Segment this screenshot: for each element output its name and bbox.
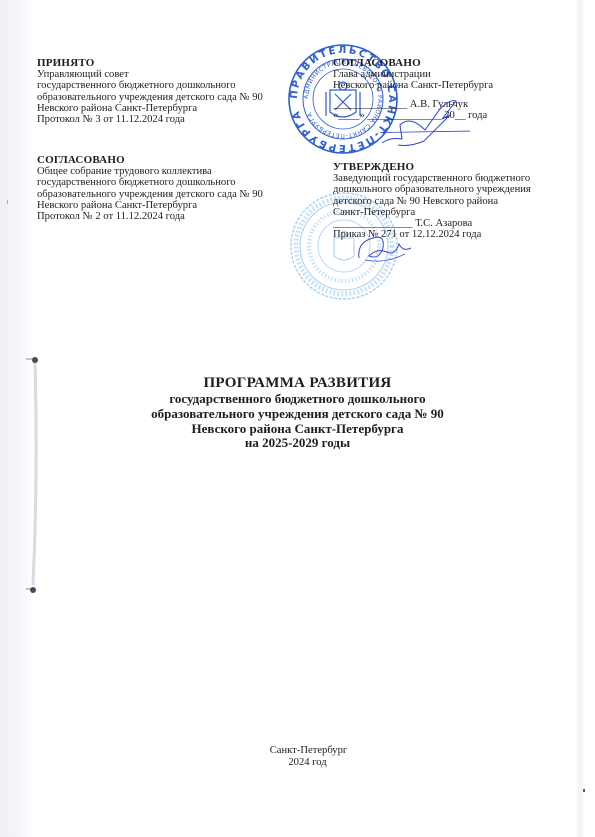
program-title: ПРОГРАММА РАЗВИТИЯ государственного бюдж… xyxy=(0,375,595,451)
accepted-line: государственного бюджетного дошкольного xyxy=(37,80,263,91)
agreed-admin-line: Невского района Санкт-Петербурга xyxy=(333,80,493,91)
agreed-admin-line: Глава администрации xyxy=(333,69,493,80)
footer-year: 2024 год xyxy=(0,757,595,769)
approved-block: УТВЕРЖДЕНО Заведующий государственного б… xyxy=(333,162,531,240)
accepted-heading: ПРИНЯТО xyxy=(37,58,263,69)
approved-heading: УТВЕРЖДЕНО xyxy=(333,162,531,173)
approved-signature-line: _______________ Т.С. Азарова xyxy=(333,218,531,229)
accepted-protocol: Протокол № 3 от 11.12.2024 года xyxy=(37,114,263,125)
approved-line: Санкт-Петербурга xyxy=(333,207,531,218)
accepted-line: Невского района Санкт-Петербурга xyxy=(37,103,263,114)
program-title-line: Невского района Санкт-Петербурга xyxy=(0,422,595,437)
approved-line: детского сада № 90 Невского района xyxy=(333,196,531,207)
agreed-admin-signature-line: ______________ А.В. Гульчук xyxy=(333,99,493,110)
approved-line: дошкольного образовательного учреждения xyxy=(333,184,531,195)
agreed-admin-heading: СОГЛАСОВАНО xyxy=(333,58,493,69)
accepted-block: ПРИНЯТО Управляющий совет государственно… xyxy=(37,58,263,125)
agreed-staff-protocol: Протокол № 2 от 11.12.2024 года xyxy=(37,211,263,222)
approved-line: Заведующий государственного бюджетного xyxy=(333,173,531,184)
agreed-staff-line: Невского района Санкт-Петербурга xyxy=(37,200,263,211)
agreed-staff-line: Общее собрание трудового коллектива xyxy=(37,166,263,177)
footer-city: Санкт-Петербург xyxy=(0,745,595,757)
approved-order: Приказ № 271 от 12.12.2024 года xyxy=(333,229,531,240)
agreed-staff-line: государственного бюджетного дошкольного xyxy=(37,177,263,188)
scan-mark xyxy=(7,200,8,204)
agreed-admin-date-line: «____» ______________ 20__ года xyxy=(333,110,493,121)
agreed-staff-heading: СОГЛАСОВАНО xyxy=(37,155,263,166)
program-title-line: государственного бюджетного дошкольного xyxy=(0,392,595,407)
scan-speck xyxy=(583,789,585,792)
agreed-staff-line: образовательного учреждения детского сад… xyxy=(37,189,263,200)
document-page: ПРИНЯТО Управляющий совет государственно… xyxy=(0,0,595,837)
accepted-line: Управляющий совет xyxy=(37,69,263,80)
accepted-line: образовательного учреждения детского сад… xyxy=(37,92,263,103)
agreed-staff-block: СОГЛАСОВАНО Общее собрание трудового кол… xyxy=(37,155,263,222)
program-title-period: на 2025-2029 годы xyxy=(0,436,595,451)
agreed-admin-block: СОГЛАСОВАНО Глава администрации Невского… xyxy=(333,58,493,121)
program-title-main: ПРОГРАММА РАЗВИТИЯ xyxy=(0,375,595,392)
program-title-line: образовательного учреждения детского сад… xyxy=(0,407,595,422)
footer: Санкт-Петербург 2024 год xyxy=(0,745,595,769)
